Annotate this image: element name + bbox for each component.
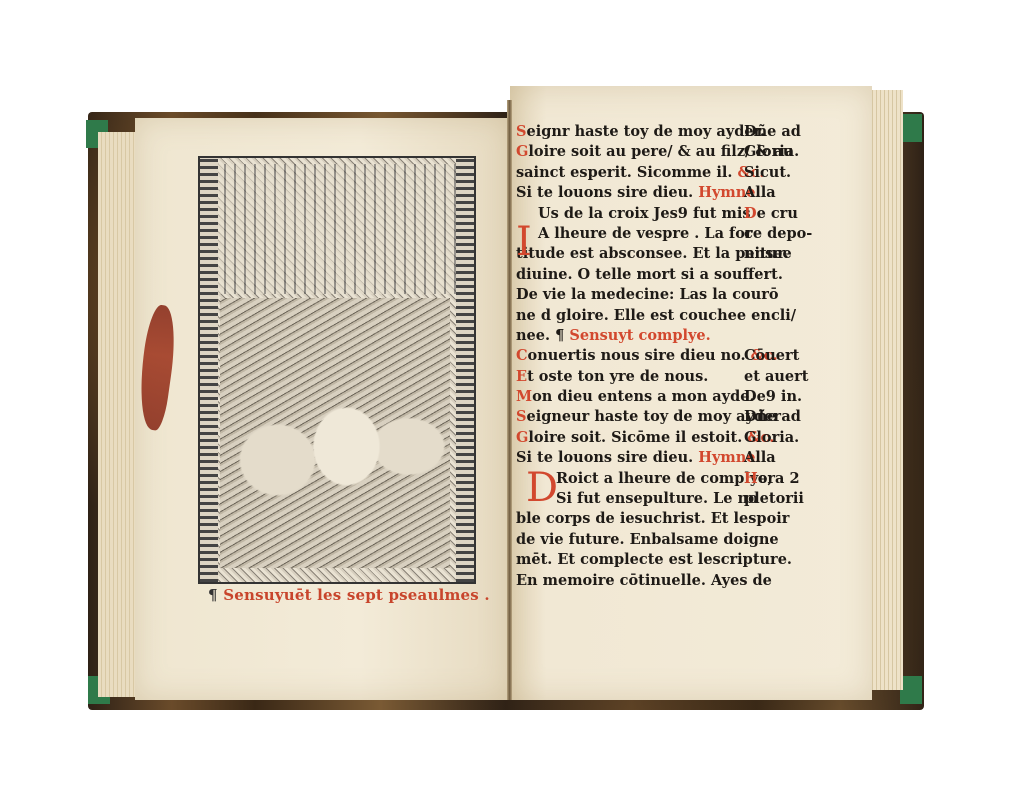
text-line: Mon dieu entens a mon ayde.De9 in. — [516, 387, 836, 407]
text-line: diuine. O telle mort si a souffert. — [516, 265, 836, 285]
line-main-text: Mon dieu entens a mon ayde. — [516, 387, 755, 407]
text-line: En memoire cōtinuelle. Ayes de — [516, 571, 836, 591]
line-margin-text: et auert — [744, 367, 808, 387]
line-main-text: En memoire cōtinuelle. Ayes de — [516, 571, 772, 591]
line-margin-text: De cru — [744, 204, 798, 224]
line-margin-text: Dñe ad — [744, 122, 801, 142]
line-main-text: ne d gloire. Elle est couchee encli/ — [516, 306, 796, 326]
text-line: De vie la medecine: Las la courō — [516, 285, 836, 305]
line-main-text: nee. ¶ Sensuyt complye. — [516, 326, 711, 346]
text-line: mēt. Et complecte est lescripture. — [516, 550, 836, 570]
drop-initial-d: D — [526, 468, 558, 508]
line-main-text: de vie future. Enbalsame doigne — [516, 530, 779, 550]
caption-text: Sensuyuēt les sept pseaulmes . — [223, 586, 490, 604]
line-main-text: mēt. Et complecte est lescripture. — [516, 550, 792, 570]
pilcrow-icon: ¶ — [208, 586, 218, 604]
text-line: Si fut ensepulture. Le nopletorii — [516, 489, 836, 509]
corner-bottom-right — [900, 676, 922, 704]
line-margin-text: Dñe ad — [744, 407, 801, 427]
line-main-text: Us de la croix Jes9 fut mis — [538, 204, 751, 224]
line-main-text: Et oste ton yre de nous. — [516, 367, 708, 387]
line-margin-text: Sicut. — [744, 163, 791, 183]
line-margin-text: Hora 2 — [744, 469, 800, 489]
line-margin-text: Alla — [744, 183, 776, 203]
line-main-text: diuine. O telle mort si a souffert. — [516, 265, 783, 285]
text-line: nee. ¶ Sensuyt complye. — [516, 326, 836, 346]
text-line: Si te louons sire dieu. Hymne.Alla — [516, 448, 836, 468]
text-line: Roict a lheure de complye,Hora 2 — [516, 469, 836, 489]
line-margin-text: De9 in. — [744, 387, 802, 407]
text-line: ble corps de iesuchrist. Et lespoir — [516, 509, 836, 529]
text-line: titude est absconsee. Et la penseenitur. — [516, 244, 836, 264]
gutter — [507, 100, 512, 700]
woodcut-illustration — [198, 156, 476, 584]
text-line: A lheure de vespre . La force depo- — [516, 224, 836, 244]
corner-top-right — [900, 114, 922, 142]
line-main-text: Seigneur haste toy de moy ayder — [516, 407, 781, 427]
text-line: Us de la croix Jes9 fut misDe cru — [516, 204, 836, 224]
text-line: de vie future. Enbalsame doigne — [516, 530, 836, 550]
line-main-text: Roict a lheure de complye, — [556, 469, 773, 489]
woodcut-caption: ¶ Sensuyuēt les sept pseaulmes . — [208, 586, 490, 604]
line-main-text: Si te louons sire dieu. Hymne. — [516, 183, 761, 203]
text-line: ne d gloire. Elle est couchee encli/ — [516, 306, 836, 326]
page-edges-left — [98, 132, 138, 697]
text-line: Si te louons sire dieu. Hymne.Alla — [516, 183, 836, 203]
text-line: Et oste ton yre de nous.et auert — [516, 367, 836, 387]
text-line: Seignr haste toy de moy ayder.Dñe ad — [516, 122, 836, 142]
text-line: Seigneur haste toy de moy ayderDñe ad — [516, 407, 836, 427]
woodcut-arches — [206, 164, 466, 294]
line-main-text: De vie la medecine: Las la courō — [516, 285, 779, 305]
line-main-text: Gloire soit. Sicōme il estoit. &c. — [516, 428, 774, 448]
text-line: Gloire soit. Sicōme il estoit. &c.Gloria… — [516, 428, 836, 448]
line-margin-text: pletorii — [744, 489, 804, 509]
woodcut-border-left — [200, 158, 218, 582]
text-line: sainct esperit. Sicomme il. &c.Sicut. — [516, 163, 836, 183]
drop-initial-i: I — [516, 222, 532, 262]
line-main-text: Conuertis nous sire dieu no. &c. — [516, 346, 778, 366]
woodcut-scene — [220, 298, 450, 568]
line-main-text: sainct esperit. Sicomme il. &c. — [516, 163, 764, 183]
text-line: Conuertis nous sire dieu no. &c.Cōuert — [516, 346, 836, 366]
line-margin-text: Gloria. — [744, 142, 799, 162]
line-margin-text: ce depo- — [744, 224, 812, 244]
line-main-text: ble corps de iesuchrist. Et lespoir — [516, 509, 789, 529]
right-page-text: Seignr haste toy de moy ayder.Dñe adGloi… — [516, 122, 836, 591]
line-main-text: Seignr haste toy de moy ayder. — [516, 122, 765, 142]
line-margin-text: Gloria. — [744, 428, 799, 448]
line-margin-text: Cōuert — [744, 346, 799, 366]
line-margin-text: nitur. — [744, 244, 789, 264]
woodcut-border-right — [456, 158, 474, 582]
line-main-text: A lheure de vespre . La for — [538, 224, 753, 244]
line-margin-text: Alla — [744, 448, 776, 468]
text-line: Gloire soit au pere/ & au filz/ & auGlor… — [516, 142, 836, 162]
line-main-text: Si fut ensepulture. Le no — [556, 489, 758, 509]
